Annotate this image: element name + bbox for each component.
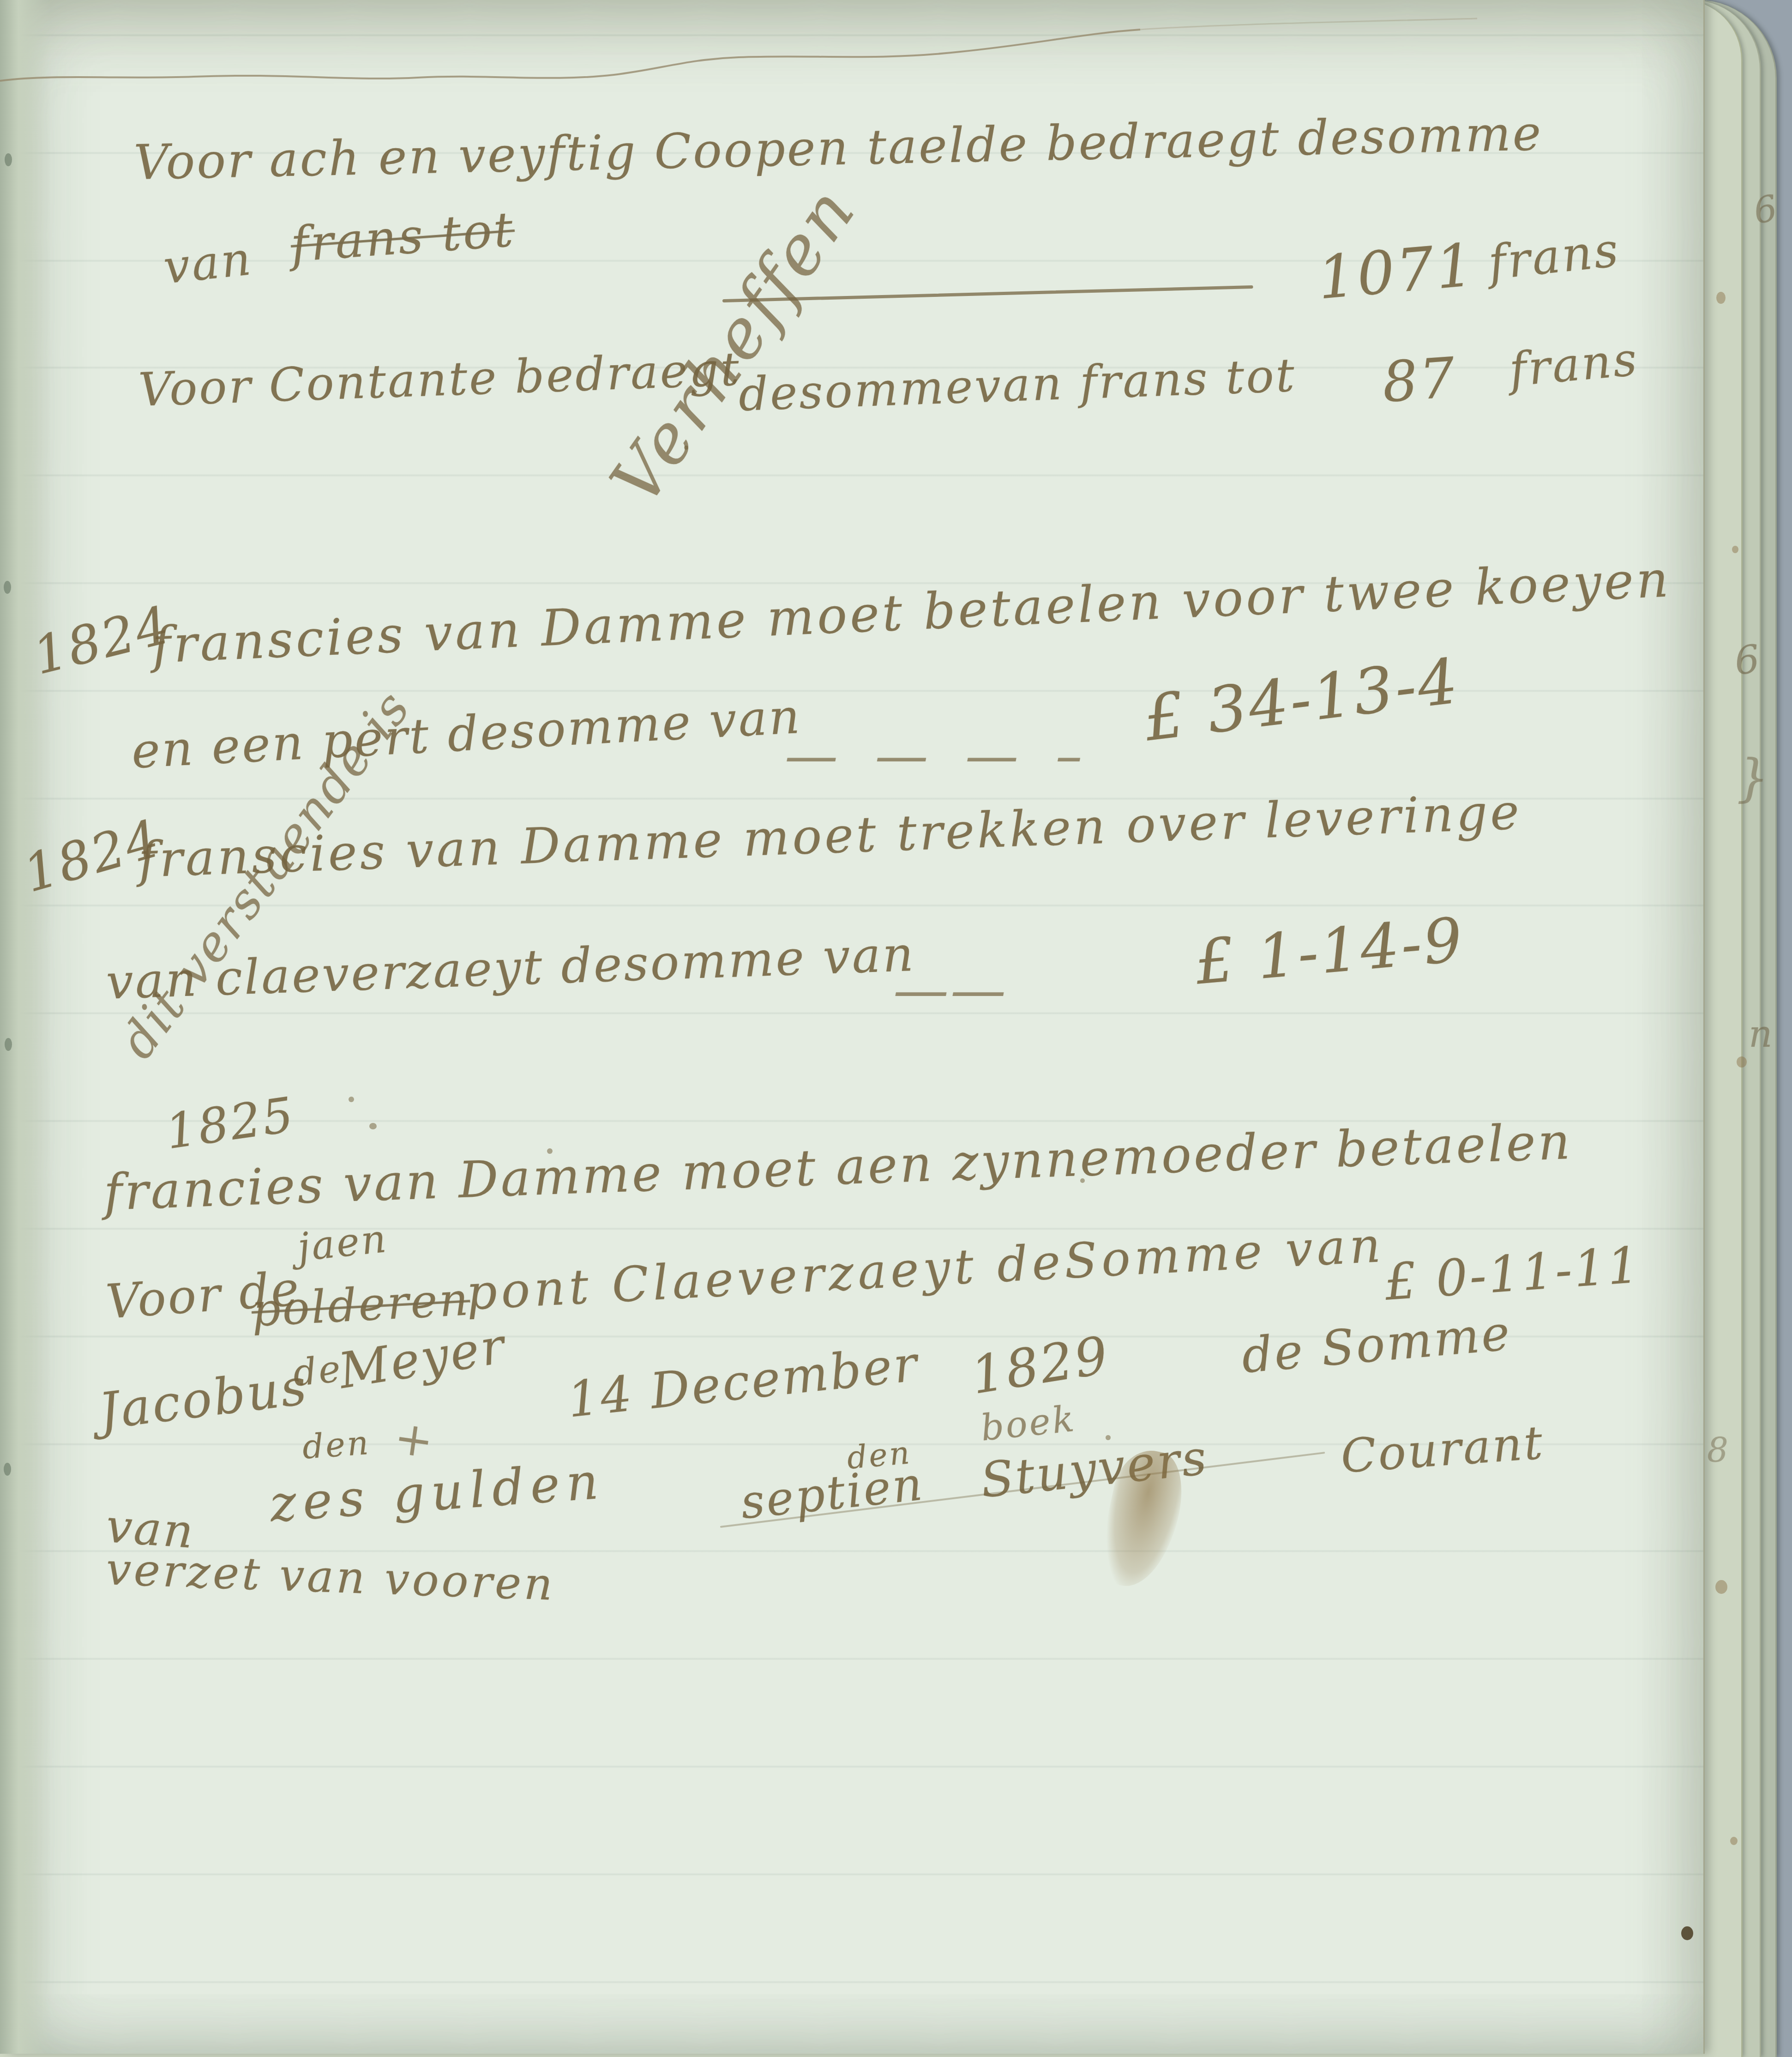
name-particle-superscript: de bbox=[291, 1350, 344, 1392]
fox-spot bbox=[1732, 546, 1738, 553]
fox-spot bbox=[1730, 1837, 1738, 1845]
stitch-hole bbox=[5, 1038, 12, 1051]
ink-speck bbox=[369, 1123, 377, 1129]
summary-unit-2: frans bbox=[1508, 336, 1641, 393]
superscript-correction: jaen bbox=[296, 1219, 390, 1267]
margin-mark: } bbox=[1737, 753, 1771, 803]
manuscript-scan: Voor ach en veyftig Coopen taelde bedrae… bbox=[0, 0, 1792, 2057]
fox-spot bbox=[1737, 1056, 1747, 1068]
stitch-hole bbox=[5, 153, 12, 166]
ink-speck bbox=[1106, 1435, 1111, 1440]
cross-mark: + bbox=[391, 1414, 438, 1465]
summary-line-2-struck-text: frans tot bbox=[289, 205, 516, 269]
margin-mark: 8 bbox=[1707, 1434, 1730, 1467]
summary-amount-1: 1071 bbox=[1315, 235, 1478, 308]
margin-mark: 6 bbox=[1733, 639, 1763, 681]
summary-amount-2: 87 bbox=[1381, 350, 1459, 411]
fill-dashes: — — — – bbox=[785, 730, 1092, 783]
binding-edge bbox=[0, 0, 51, 2054]
ink-speck bbox=[547, 1148, 553, 1154]
summary-unit-1: frans bbox=[1486, 226, 1622, 287]
ledger-page bbox=[0, 0, 1705, 2054]
entry-text-tail: Courant bbox=[1340, 1419, 1546, 1480]
stitch-hole bbox=[4, 581, 11, 594]
ink-speck bbox=[684, 446, 688, 450]
fox-spot bbox=[1716, 292, 1726, 304]
fill-dashes: —— bbox=[893, 963, 1008, 1018]
summary-line-2-lead: van bbox=[162, 235, 255, 291]
struck-word: polderen bbox=[250, 1277, 471, 1333]
stitch-hole bbox=[4, 1463, 11, 1476]
ink-dot bbox=[1681, 1926, 1693, 1940]
subscript-word: den bbox=[301, 1426, 371, 1464]
margin-mark: n bbox=[1749, 1016, 1774, 1053]
ink-speck bbox=[349, 1097, 354, 1102]
fox-spot bbox=[1715, 1580, 1727, 1594]
ink-speck bbox=[1080, 1178, 1085, 1183]
word-under-year: boek bbox=[979, 1401, 1077, 1447]
